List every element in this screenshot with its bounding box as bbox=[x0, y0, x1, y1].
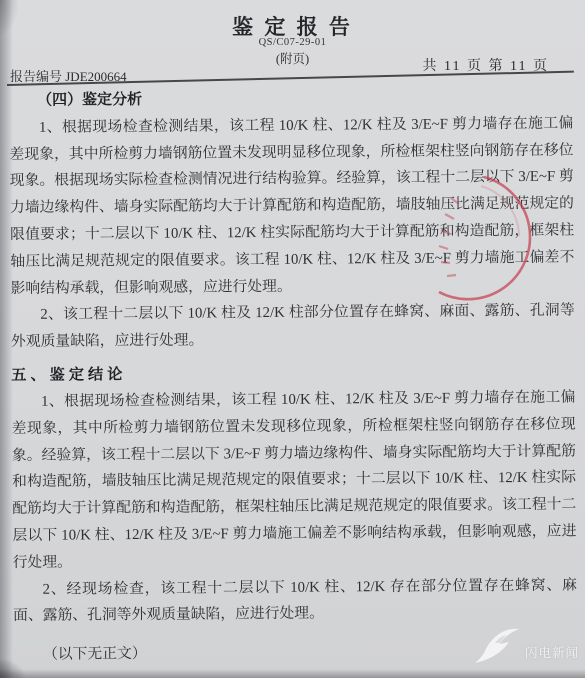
section-4-paragraph-2: 2、该工程十二层以下 10/K 柱及 12/K 柱部分位置存在蜂窝、麻面、露筋、… bbox=[11, 298, 575, 356]
news-watermark: 闪电新闻 bbox=[471, 621, 579, 667]
document-code: QS/C07-29-01 bbox=[0, 37, 585, 48]
scan-edge-bottom bbox=[0, 669, 585, 678]
report-body: （四）鉴定分析 1、根据现场检查检测结果，该工程 10/K 柱、12/K 柱及 … bbox=[9, 84, 578, 669]
scanned-report-page: 鉴 定 报 告 QS/C07-29-01 (附页) 报告编号 JDE200664… bbox=[0, 0, 585, 678]
section-5-paragraph-1: 1、根据现场检查检测结果，该工程 10/K 柱、12/K 柱及 3/E~F 剪力… bbox=[11, 385, 576, 577]
document: 鉴 定 报 告 QS/C07-29-01 (附页) 报告编号 JDE200664… bbox=[0, 0, 585, 678]
section-4-paragraph-1: 1、根据现场检查检测结果，该工程 10/K 柱、12/K 柱及 3/E~F 剪力… bbox=[9, 110, 574, 302]
section-4-heading: （四）鉴定分析 bbox=[37, 84, 573, 115]
lightning-logo-icon bbox=[471, 621, 523, 667]
watermark-label: 闪电新闻 bbox=[525, 643, 579, 667]
